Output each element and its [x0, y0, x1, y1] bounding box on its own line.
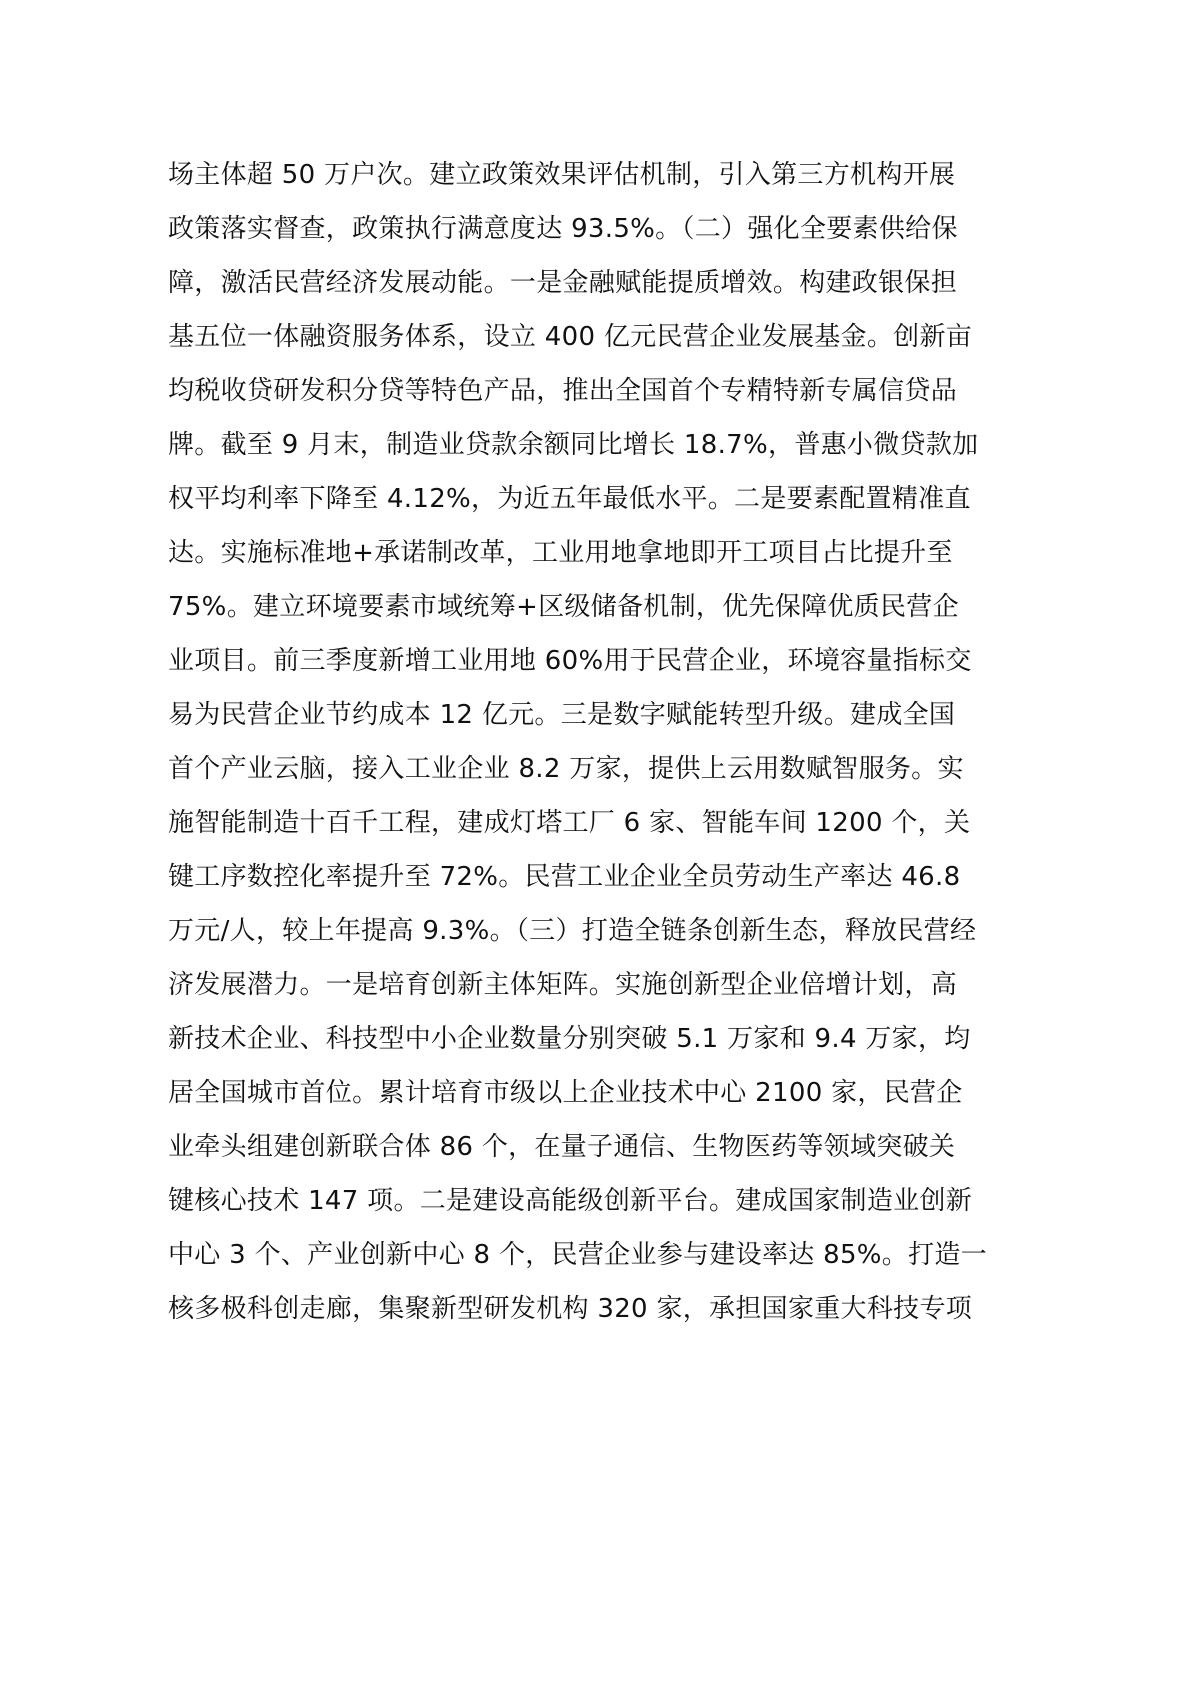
body-text-line: 施智能制造十百千工程，建成灯塔工厂 6 家、智能车间 1200 个，关 [168, 796, 941, 850]
body-text-line: 障，激活民营经济发展动能。一是金融赋能提质增效。构建政银保担 [168, 256, 941, 310]
body-text-line: 业牵头组建创新联合体 86 个，在量子通信、生物医药等领域突破关 [168, 1120, 941, 1174]
body-text-line: 基五位一体融资服务体系，设立 400 亿元民营企业发展基金。创新亩 [168, 310, 941, 364]
body-text-line: 新技术企业、科技型中小企业数量分别突破 5.1 万家和 9.4 万家，均 [168, 1012, 941, 1066]
body-text-line: 权平均利率下降至 4.12%，为近五年最低水平。二是要素配置精准直 [168, 472, 941, 526]
body-text-line: 业项目。前三季度新增工业用地 60%用于民营企业，环境容量指标交 [168, 634, 941, 688]
body-text-line: 万元/人，较上年提高 9.3%。（三）打造全链条创新生态，释放民营经 [168, 904, 941, 958]
body-text-line: 核多极科创走廊，集聚新型研发机构 320 家，承担国家重大科技专项 [168, 1282, 941, 1336]
body-text-line: 75%。建立环境要素市域统筹+区级储备机制，优先保障优质民营企 [168, 580, 941, 634]
body-text-line: 达。实施标准地+承诺制改革，工业用地拿地即开工项目占比提升至 [168, 526, 941, 580]
body-text-line: 济发展潜力。一是培育创新主体矩阵。实施创新型企业倍增计划，高 [168, 958, 941, 1012]
body-text-line: 居全国城市首位。累计培育市级以上企业技术中心 2100 家，民营企 [168, 1066, 941, 1120]
body-text-line: 牌。截至 9 月末，制造业贷款余额同比增长 18.7%，普惠小微贷款加 [168, 418, 941, 472]
body-text-line: 首个产业云脑，接入工业企业 8.2 万家，提供上云用数赋智服务。实 [168, 742, 941, 796]
document-page: 场主体超 50 万户次。建立政策效果评估机制，引入第三方机构开展 政策落实督查，… [168, 148, 941, 1336]
body-text-line: 均税收贷研发积分贷等特色产品，推出全国首个专精特新专属信贷品 [168, 364, 941, 418]
body-text-line: 键工序数控化率提升至 72%。民营工业企业全员劳动生产率达 46.8 [168, 850, 941, 904]
body-text-line: 中心 3 个、产业创新中心 8 个，民营企业参与建设率达 85%。打造一 [168, 1228, 941, 1282]
body-text-line: 场主体超 50 万户次。建立政策效果评估机制，引入第三方机构开展 [168, 148, 941, 202]
body-text-line: 政策落实督查，政策执行满意度达 93.5%。（二）强化全要素供给保 [168, 202, 941, 256]
body-text-line: 易为民营企业节约成本 12 亿元。三是数字赋能转型升级。建成全国 [168, 688, 941, 742]
body-text-line: 键核心技术 147 项。二是建设高能级创新平台。建成国家制造业创新 [168, 1174, 941, 1228]
